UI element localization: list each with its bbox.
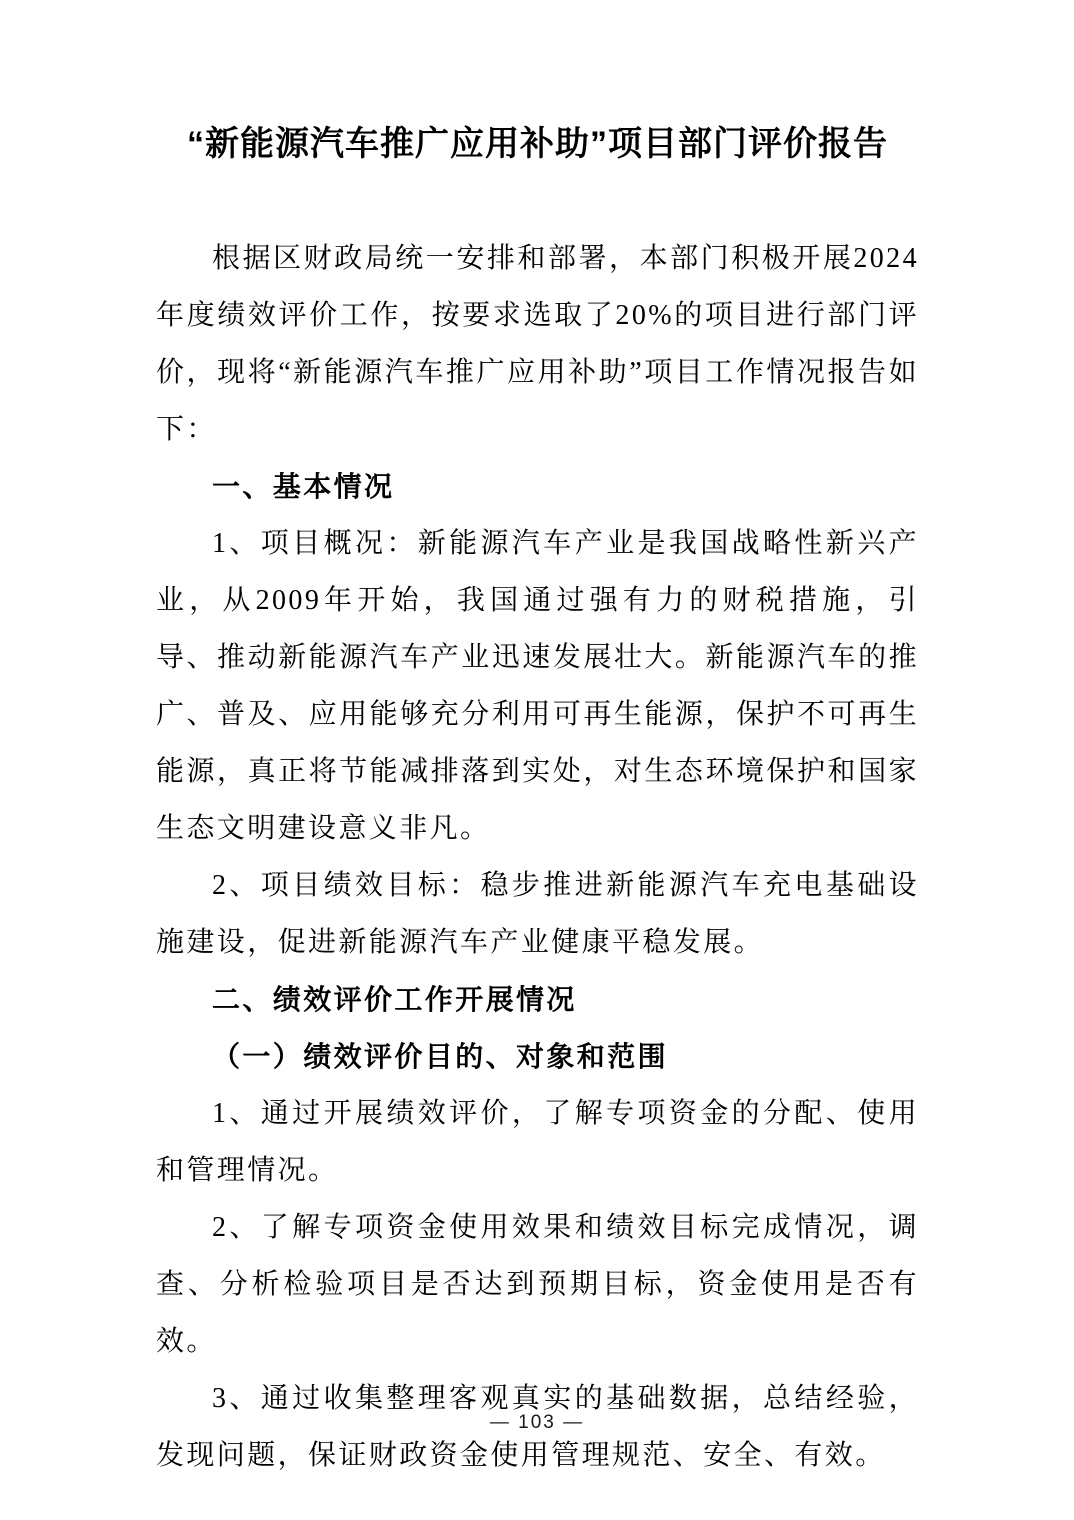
paragraph-project-overview: 1、项目概况：新能源汽车产业是我国战略性新兴产业，从2009年开始，我国通过强有… [156,515,919,857]
paragraph-intro: 根据区财政局统一安排和部署，本部门积极开展2024年度绩效评价工作，按要求选取了… [156,230,919,458]
paragraph-performance-goal: 2、项目绩效目标：稳步推进新能源汽车充电基础设施建设，促进新能源汽车产业健康平稳… [156,857,919,971]
paragraph-purpose-1: 1、通过开展绩效评价，了解专项资金的分配、使用和管理情况。 [156,1085,919,1199]
heading-basic-info: 一、基本情况 [156,458,919,515]
document-content: “新能源汽车推广应用补助”项目部门评价报告 根据区财政局统一安排和部署，本部门积… [0,0,1074,1484]
paragraph-purpose-2: 2、了解专项资金使用效果和绩效目标完成情况，调查、分析检验项目是否达到预期目标，… [156,1199,919,1370]
page-number: — 103 — [0,1412,1074,1434]
heading-evaluation-scope: （一）绩效评价目的、对象和范围 [156,1028,919,1085]
document-page: “新能源汽车推广应用补助”项目部门评价报告 根据区财政局统一安排和部署，本部门积… [0,0,1074,1520]
heading-evaluation-work: 二、绩效评价工作开展情况 [156,971,919,1028]
document-title: “新能源汽车推广应用补助”项目部门评价报告 [156,122,919,166]
